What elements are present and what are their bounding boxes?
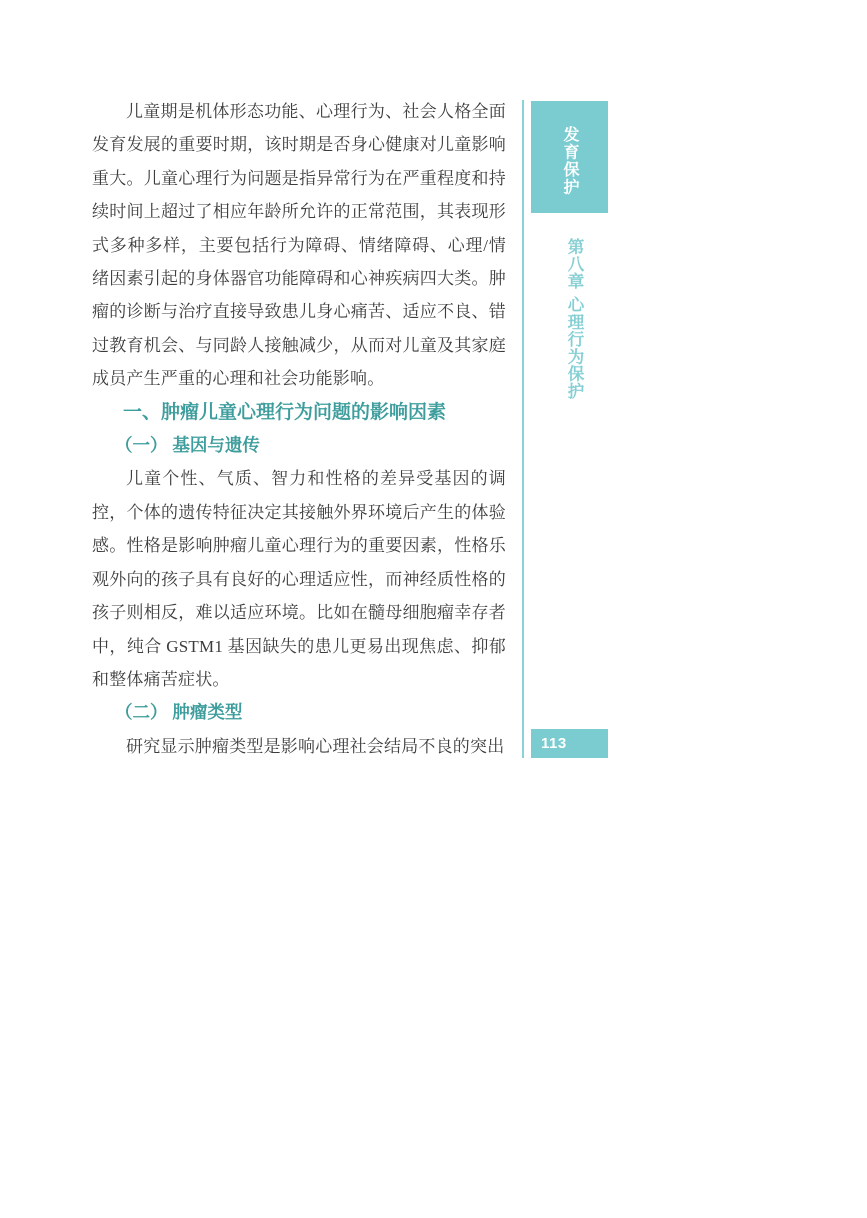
section-tab-label: 发育保护 <box>558 126 581 196</box>
page-number-box: 113 <box>531 729 608 758</box>
page-number: 113 <box>541 729 567 758</box>
section-heading: 一、肿瘤儿童心理行为问题的影响因素 <box>92 396 506 429</box>
sidebar-divider-line <box>522 100 524 758</box>
section-tab: 发育保护 <box>531 101 608 213</box>
main-text-column: 儿童期是机体形态功能、心理行为、社会人格全面发育发展的重要时期，该时期是否身心健… <box>92 95 506 763</box>
subsection-heading-genes: （一） 基因与遗传 <box>92 429 506 462</box>
paragraph-intro: 儿童期是机体形态功能、心理行为、社会人格全面发育发展的重要时期，该时期是否身心健… <box>92 95 506 396</box>
chapter-title-label: 心理行为保护 <box>562 296 586 400</box>
book-page: 儿童期是机体形态功能、心理行为、社会人格全面发育发展的重要时期，该时期是否身心健… <box>0 0 867 1218</box>
paragraph-genes: 儿童个性、气质、智力和性格的差异受基因的调控，个体的遗传特征决定其接触外界环境后… <box>92 462 506 696</box>
paragraph-tumor-type: 研究显示肿瘤类型是影响心理社会结局不良的突出 <box>92 730 506 763</box>
chapter-number-label: 第八章 <box>562 238 586 290</box>
subsection-heading-tumor-type: （二） 肿瘤类型 <box>92 696 506 729</box>
